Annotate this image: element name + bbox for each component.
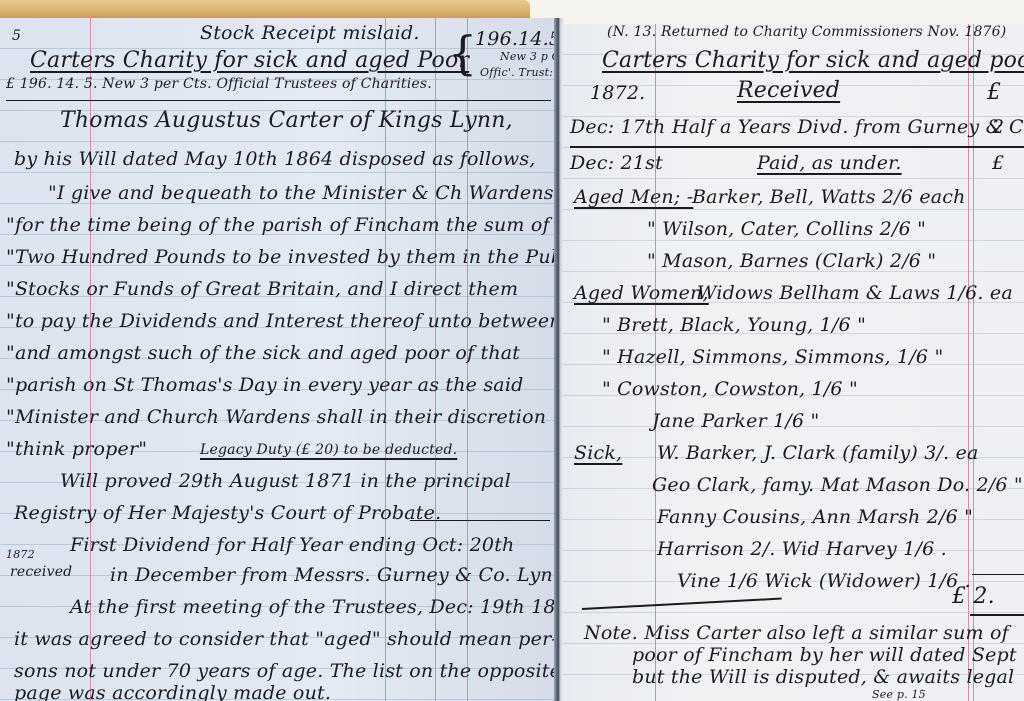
side-note-amount: 196.14.5 <box>475 28 556 50</box>
page-number: 5 <box>12 28 21 44</box>
body-line: Thomas Augustus Carter of Kings Lynn, <box>60 108 513 133</box>
divider <box>410 520 550 521</box>
body-line: Registry of Her Majesty's Court of Proba… <box>14 502 441 524</box>
body-line: page was accordingly made out. <box>14 682 331 701</box>
side-note-stock: New 3 p C <box>500 50 556 63</box>
note-line: Note. Miss Carter also left a similar su… <box>584 622 1009 644</box>
body-line: by his Will dated May 10th 1864 disposed… <box>14 148 536 170</box>
body-line: "I give and bequeath to the Minister & C… <box>48 182 554 204</box>
body-line: "parish on St Thomas's Day in every year… <box>6 374 523 396</box>
currency-heading: £ <box>987 80 1001 105</box>
body-line: sons not under 70 years of age. The list… <box>14 660 556 682</box>
body-line: First Dividend for Half Year ending Oct:… <box>70 534 514 556</box>
body-line: "to pay the Dividends and Interest there… <box>6 310 556 332</box>
sick-row: Vine 1/6 Wick (Widower) 1/6 . <box>677 570 971 592</box>
entry-date: Dec: 17th <box>570 116 665 138</box>
page-title: Carters Charity for sick and aged Poor <box>30 48 469 73</box>
body-line: "Minister and Church Wardens shall in th… <box>6 406 546 428</box>
body-line: "think proper" <box>6 438 147 460</box>
sick-row: Fanny Cousins, Ann Marsh 2/6 " <box>657 506 973 528</box>
stock-receipt-note: Stock Receipt mislaid. <box>200 22 420 44</box>
aged-men-label: Aged Men; - <box>574 186 693 208</box>
aged-women-row: " Brett, Black, Young, 1/6 " <box>602 314 866 336</box>
side-note-trustees: Offic'. Trust: <box>480 66 553 79</box>
body-line: Will proved 29th August 1871 in the prin… <box>60 470 511 492</box>
body-line: "for the time being of the parish of Fin… <box>6 214 550 236</box>
left-page: 5 Stock Receipt mislaid. Carters Charity… <box>0 18 556 701</box>
received-heading: Received <box>737 78 840 103</box>
divider <box>582 598 782 610</box>
divider <box>570 146 1024 148</box>
ledger-book: 5 Stock Receipt mislaid. Carters Charity… <box>0 0 1024 701</box>
right-page: (N. 13. Returned to Charity Commissioner… <box>562 24 1024 701</box>
entry-amount: £ <box>992 152 1004 174</box>
sick-row: Geo Clark, famy. Mat Mason Do. 2/6 " <box>652 474 1023 496</box>
entry-text: Paid, as under. <box>757 152 902 174</box>
divider <box>6 100 551 101</box>
aged-women-row: " Cowston, Cowston, 1/6 " <box>602 378 858 400</box>
book-top-edge <box>0 0 530 18</box>
year: 1872. <box>590 82 645 104</box>
note-reference: See p. 15 <box>872 688 926 701</box>
sick-row: Harrison 2/. Wid Harvey 1/6 . <box>657 538 947 560</box>
body-line: At the first meeting of the Trustees, De… <box>70 596 556 618</box>
header-note: (N. 13. Returned to Charity Commissioner… <box>607 24 1006 40</box>
divider <box>972 574 1024 575</box>
entry-date: Dec: 21st <box>570 152 663 174</box>
note-line: but the Will is disputed, & awaits legal <box>632 666 1014 688</box>
margin-received: received <box>10 564 72 580</box>
aged-men-row: " Wilson, Cater, Collins 2/6 " <box>647 218 926 240</box>
page-title: Carters Charity for sick and aged poor <box>602 48 1024 73</box>
margin-year: 1872 <box>6 548 35 561</box>
sick-row: W. Barker, J. Clark (family) 3/. ea <box>657 442 979 464</box>
sick-label: Sick, <box>574 442 622 464</box>
divider <box>970 614 1024 616</box>
entry-text: Half a Years Divd. from Gurney & Co. <box>672 116 1024 138</box>
body-line: "and amongst such of the sick and aged p… <box>6 342 520 364</box>
brace: { <box>448 30 477 76</box>
note-line: poor of Fincham by her will dated Sept <box>632 644 1017 666</box>
body-line: in December from Messrs. Gurney & Co. Ly… <box>110 564 556 586</box>
body-line: it was agreed to consider that "aged" sh… <box>14 628 556 650</box>
total-amount: £ 2. <box>952 584 995 609</box>
entry-amount: 2 <box>992 116 1004 138</box>
legacy-duty-note: Legacy Duty (£ 20) to be deducted. <box>200 442 457 458</box>
aged-women-row: Widows Bellham & Laws 1/6. ea <box>697 282 1013 304</box>
stock-line: £ 196. 14. 5. New 3 per Cts. Official Tr… <box>6 76 432 92</box>
aged-men-row: " Mason, Barnes (Clark) 2/6 " <box>647 250 936 272</box>
body-line: "Stocks or Funds of Great Britain, and I… <box>6 278 518 300</box>
body-line: "Two Hundred Pounds to be invested by th… <box>6 246 556 268</box>
aged-women-label: Aged Women, <box>574 282 709 304</box>
aged-women-row: Jane Parker 1/6 " <box>652 410 819 432</box>
aged-women-row: " Hazell, Simmons, Simmons, 1/6 " <box>602 346 943 368</box>
aged-men-row: Barker, Bell, Watts 2/6 each <box>692 186 966 208</box>
